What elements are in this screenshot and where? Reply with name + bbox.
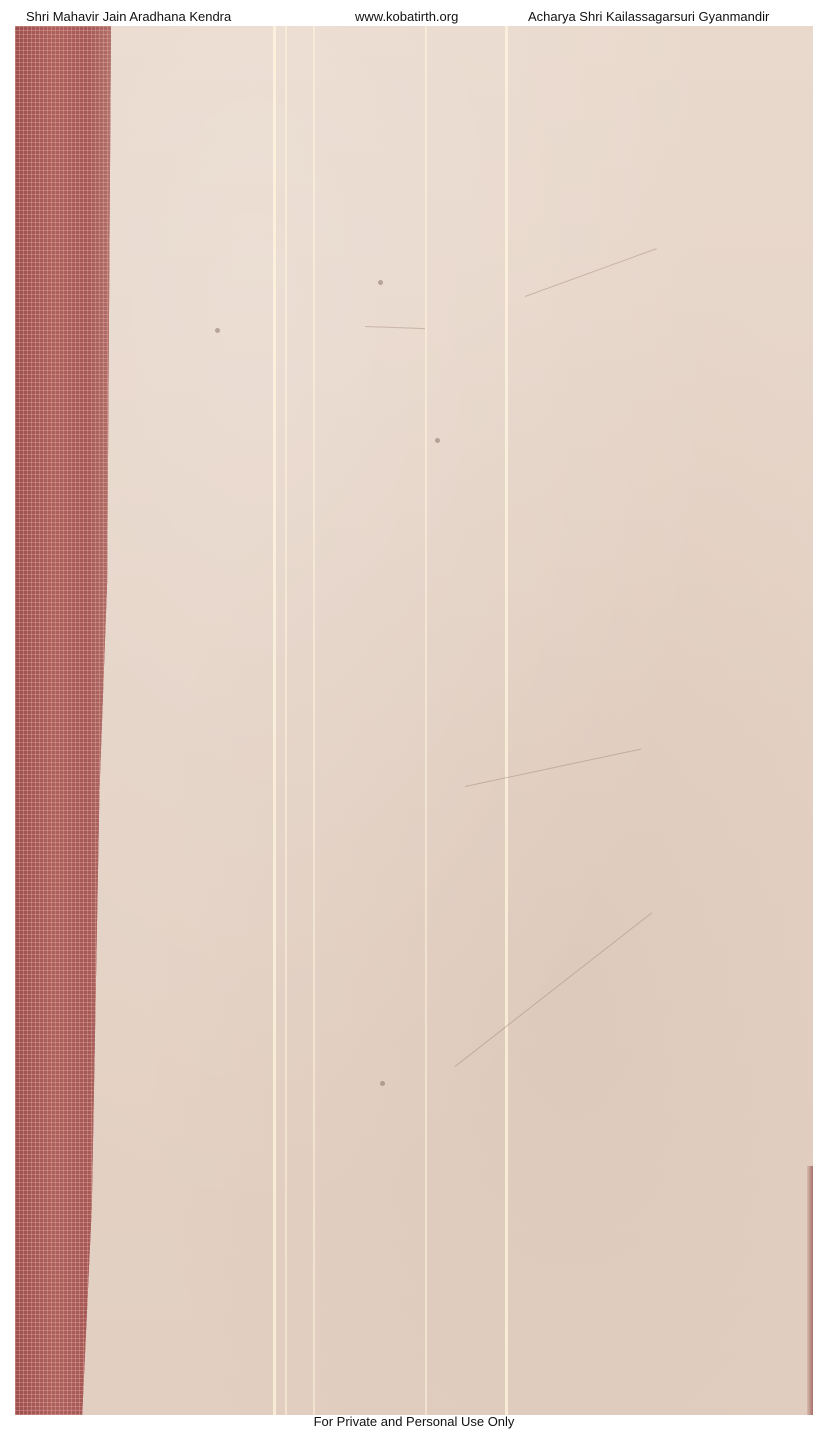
stain-spot — [215, 328, 220, 333]
stain-spot — [435, 438, 440, 443]
paper-texture — [15, 26, 813, 1415]
fold-line — [273, 26, 276, 1415]
header-website-link[interactable]: www.kobatirth.org — [355, 9, 458, 25]
stain-spot — [378, 280, 383, 285]
fold-line — [505, 26, 508, 1415]
fold-line — [313, 26, 315, 1415]
fold-line — [425, 26, 427, 1415]
header-left-text: Shri Mahavir Jain Aradhana Kendra — [26, 9, 231, 25]
header-right-text: Acharya Shri Kailassagarsuri Gyanmandir — [528, 9, 769, 25]
footer-text: For Private and Personal Use Only — [0, 1414, 828, 1430]
fold-line — [285, 26, 287, 1415]
scanned-page — [15, 26, 813, 1415]
binding-edge — [807, 1166, 813, 1415]
stain-spot — [380, 1081, 385, 1086]
